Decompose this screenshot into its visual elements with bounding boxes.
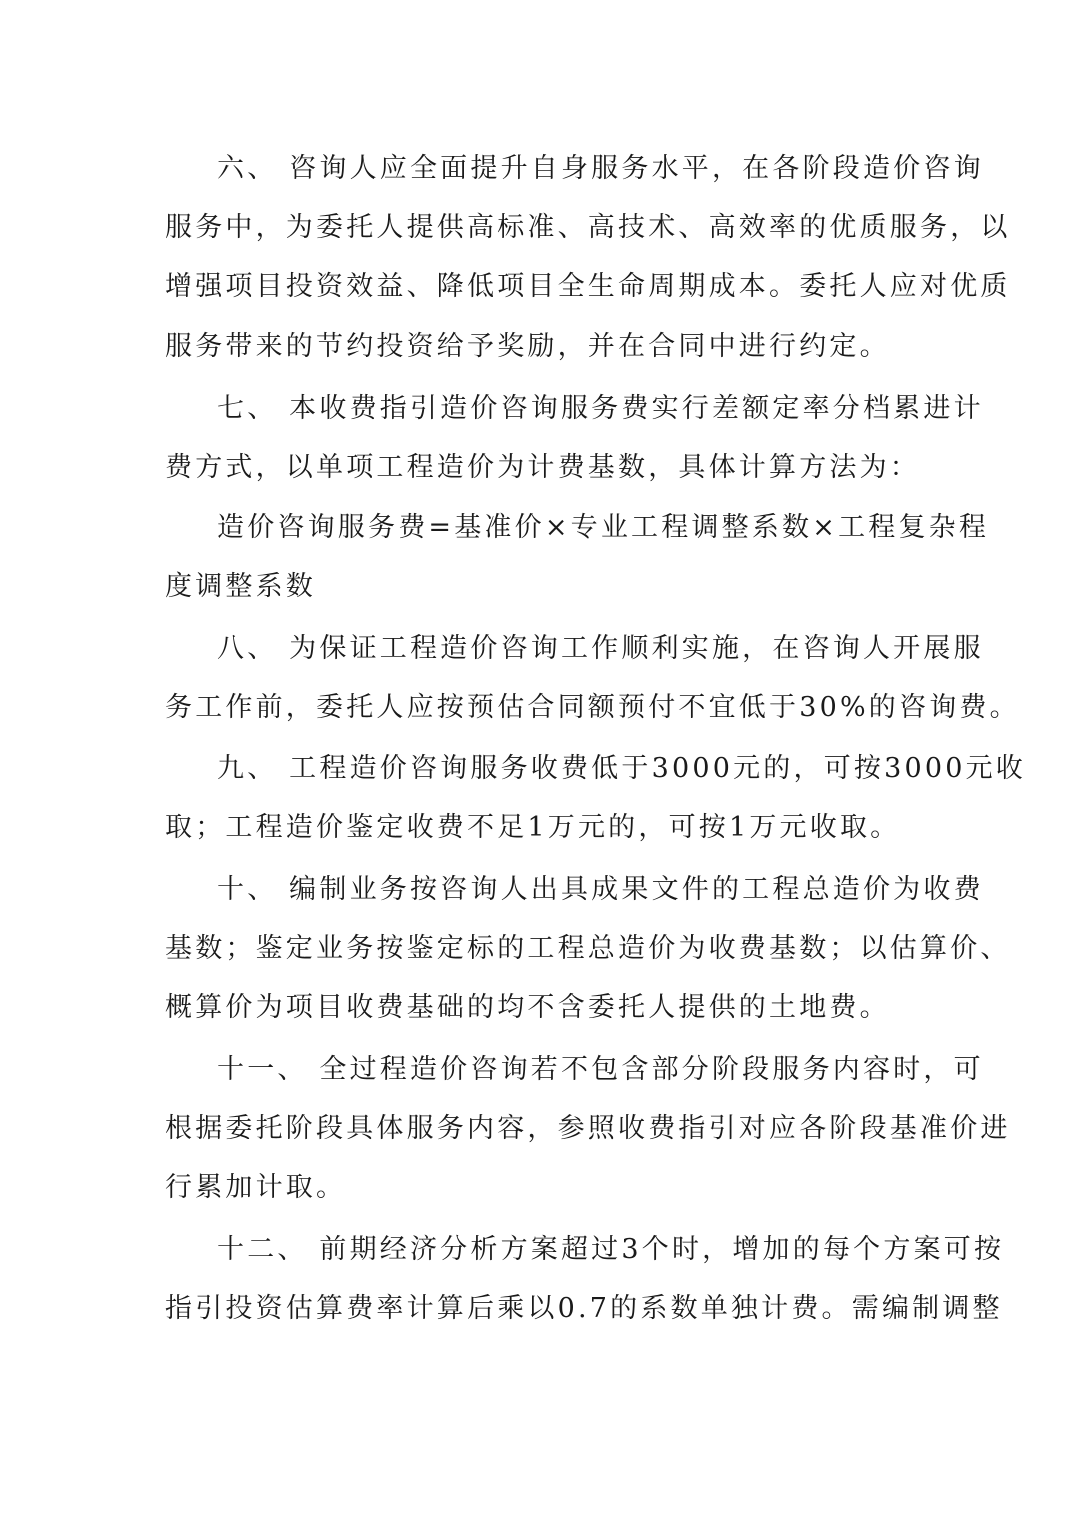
paragraph-7-line-1: 七、 本收费指引造价咨询服务费实行差额定率分档累进计 xyxy=(217,389,915,429)
formula-line-1: 造价咨询服务费=基准价×专业工程调整系数×工程复杂程 xyxy=(217,508,915,548)
paragraph-8-line-1: 八、 为保证工程造价咨询工作顺利实施，在咨询人开展服 xyxy=(217,629,915,669)
paragraph-11-line-1: 十一、 全过程造价咨询若不包含部分阶段服务内容时，可 xyxy=(217,1050,915,1090)
document-page: 六、 咨询人应全面提升自身服务水平，在各阶段造价咨询 服务中，为委托人提供高标准… xyxy=(0,0,1080,1527)
paragraph-6-line-4: 服务带来的节约投资给予奖励，并在合同中进行约定。 xyxy=(165,327,915,367)
paragraph-11-line-3: 行累加计取。 xyxy=(165,1168,915,1208)
paragraph-10-line-3: 概算价为项目收费基础的均不含委托人提供的土地费。 xyxy=(165,988,915,1028)
paragraph-9-line-1: 九、 工程造价咨询服务收费低于3000元的，可按3000元收 xyxy=(217,749,915,789)
paragraph-6-line-3: 增强项目投资效益、降低项目全生命周期成本。委托人应对优质 xyxy=(165,267,915,307)
paragraph-9-line-2: 取；工程造价鉴定收费不足1万元的，可按1万元收取。 xyxy=(165,808,915,848)
paragraph-11-line-2: 根据委托阶段具体服务内容，参照收费指引对应各阶段基准价进 xyxy=(165,1109,915,1149)
paragraph-7-line-2: 费方式，以单项工程造价为计费基数，具体计算方法为： xyxy=(165,448,915,488)
paragraph-10-line-2: 基数；鉴定业务按鉴定标的工程总造价为收费基数；以估算价、 xyxy=(165,929,915,969)
formula-line-2: 度调整系数 xyxy=(165,567,915,607)
paragraph-10-line-1: 十、 编制业务按咨询人出具成果文件的工程总造价为收费 xyxy=(217,870,915,910)
paragraph-12-line-1: 十二、 前期经济分析方案超过3个时，增加的每个方案可按 xyxy=(217,1230,915,1270)
paragraph-8-line-2: 务工作前，委托人应按预估合同额预付不宜低于30%的咨询费。 xyxy=(165,688,915,728)
paragraph-6-line-1: 六、 咨询人应全面提升自身服务水平，在各阶段造价咨询 xyxy=(217,149,915,189)
paragraph-6-line-2: 服务中，为委托人提供高标准、高技术、高效率的优质服务，以 xyxy=(165,208,915,248)
paragraph-12-line-2: 指引投资估算费率计算后乘以0.7的系数单独计费。需编制调整 xyxy=(165,1289,915,1329)
